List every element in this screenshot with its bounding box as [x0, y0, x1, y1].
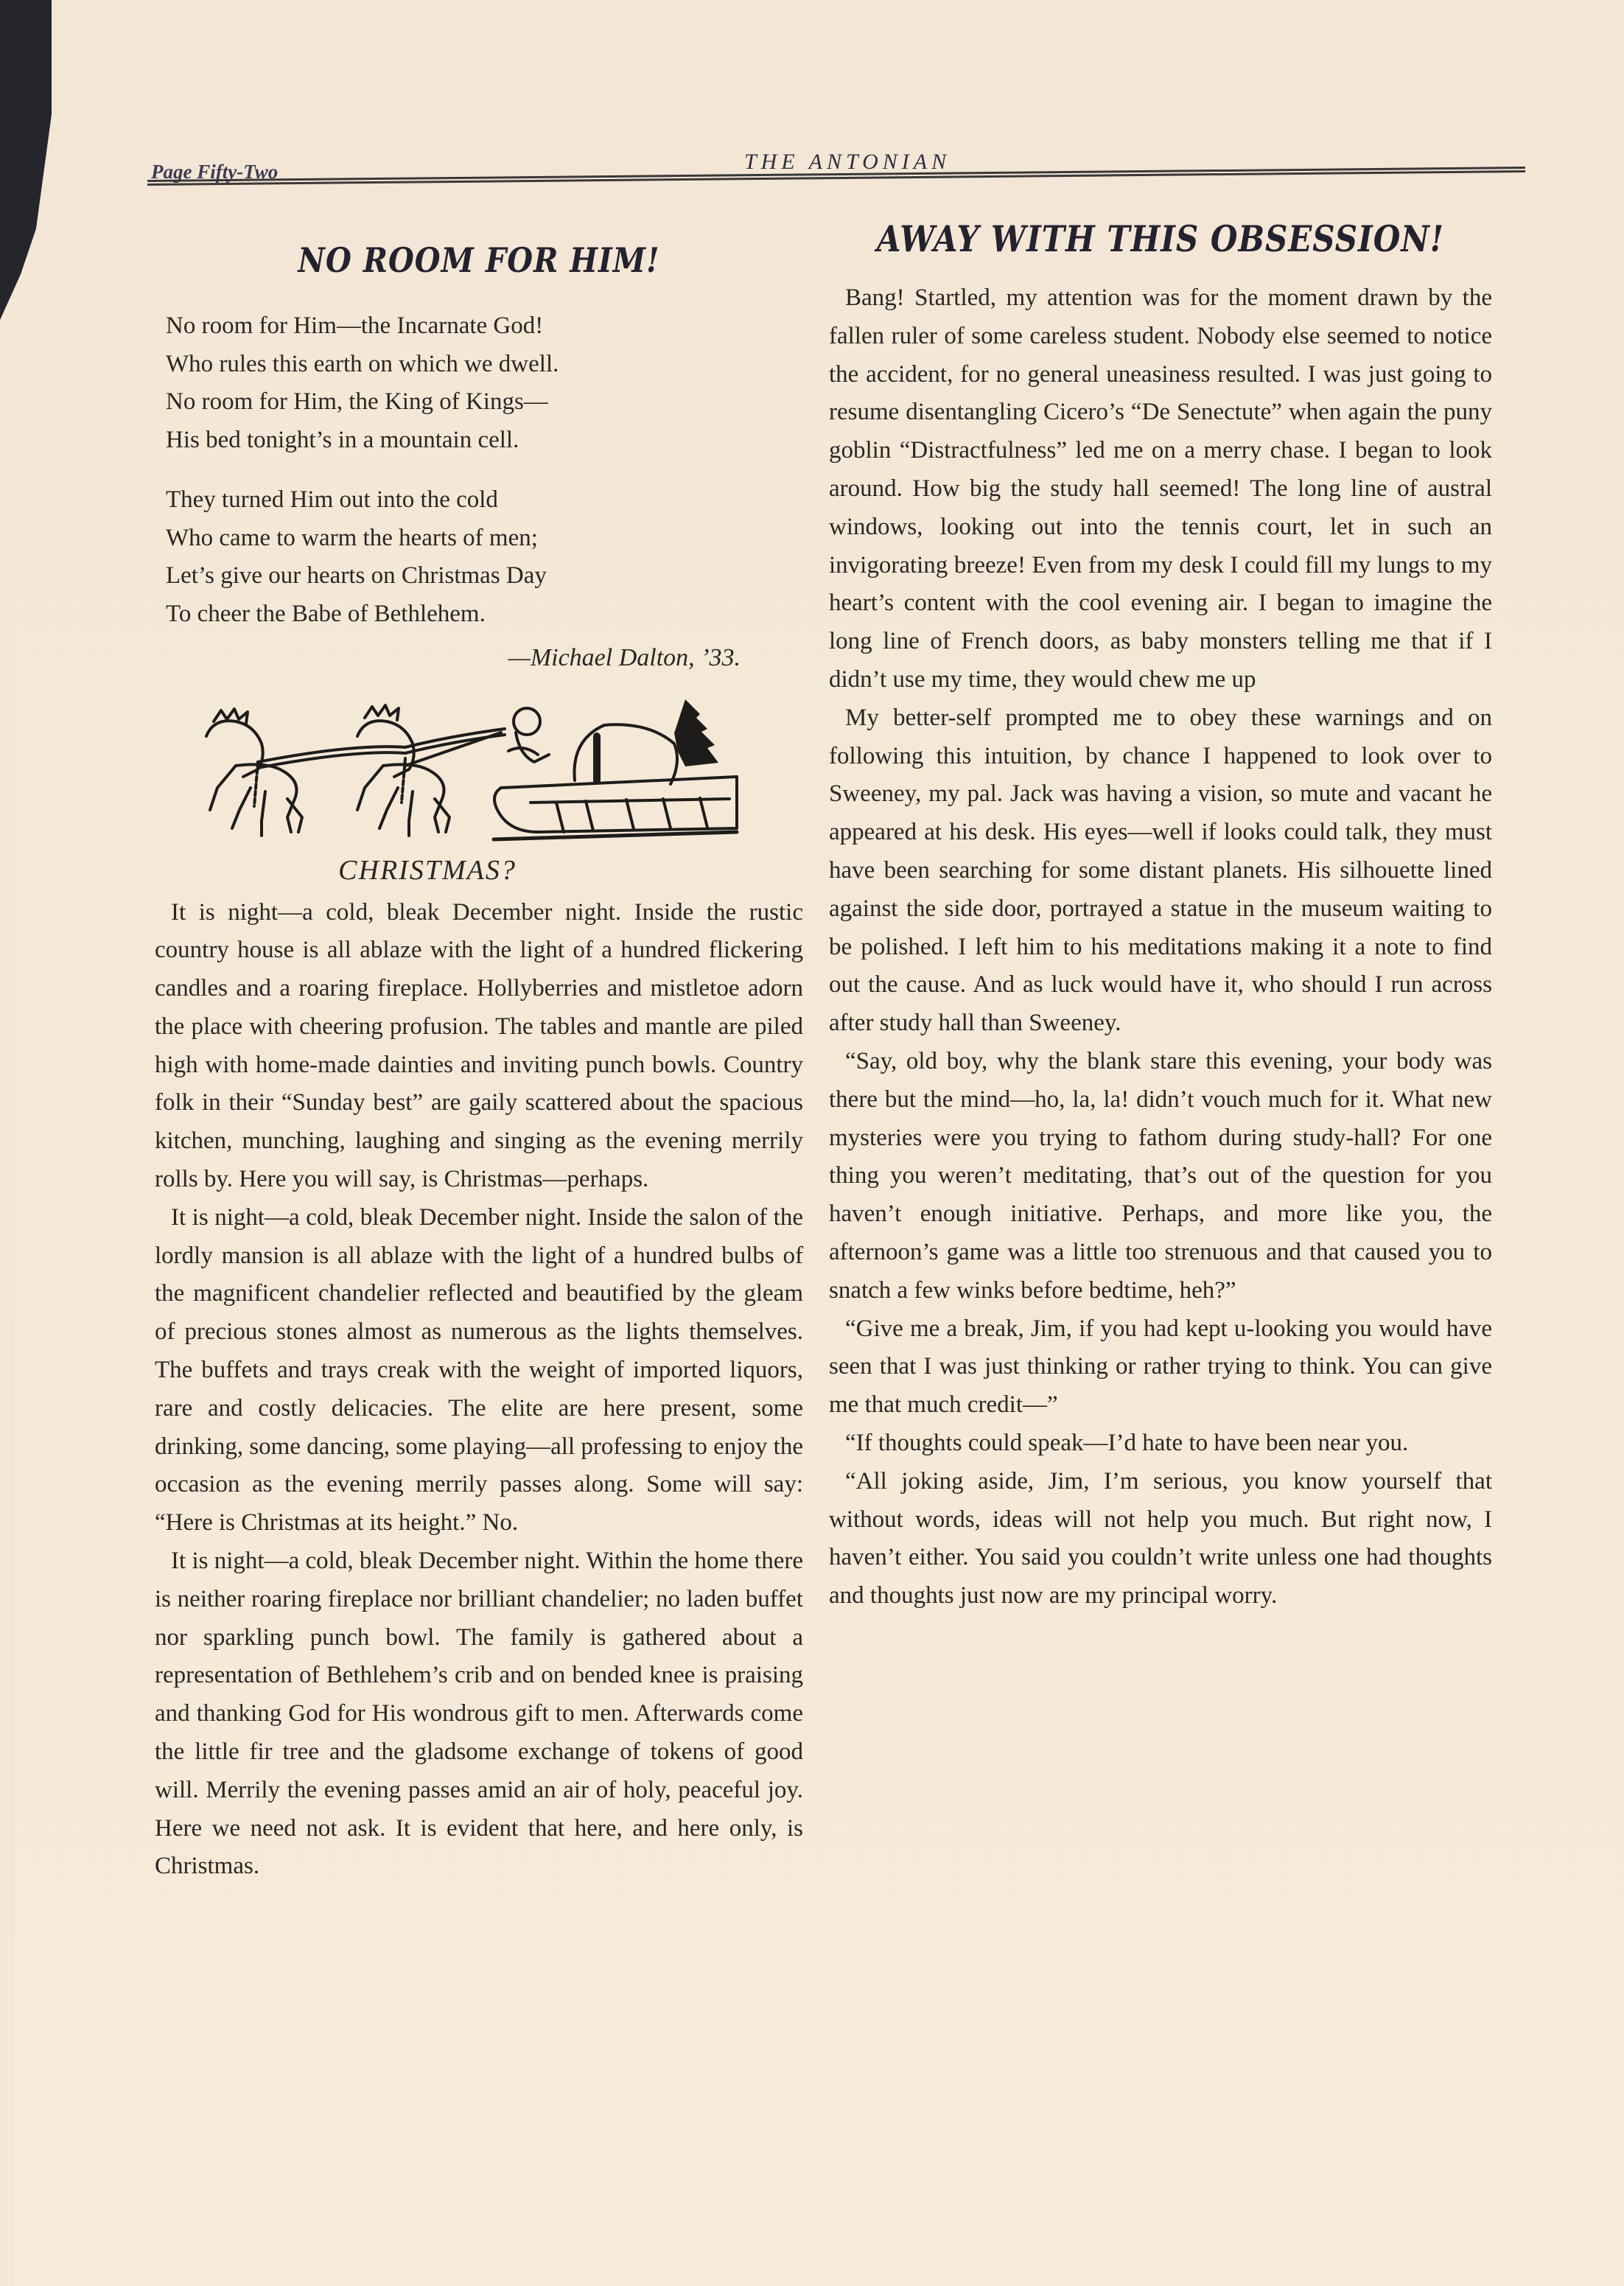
essay-body: It is night—a cold, bleak December night… — [155, 894, 803, 1887]
poem-line: To cheer the Babe of Bethlehem. — [166, 595, 803, 634]
essay-title: CHRISTMAS? — [155, 854, 803, 887]
poem-line: Let’s give our hearts on Christmas Day — [166, 557, 803, 595]
poem-body: No room for Him—the Incarnate God! Who r… — [155, 307, 803, 677]
poem-line: Who came to warm the hearts of men; — [166, 520, 803, 558]
publication-title: THE ANTONIAN — [744, 150, 951, 175]
essay-title: AWAY WITH THIS OBSESSION! — [829, 218, 1492, 259]
paragraph: “All joking aside, Jim, I’m serious, you… — [829, 1463, 1492, 1615]
paragraph: “Give me a break, Jim, if you had kept u… — [829, 1310, 1492, 1425]
poem-stanza: No room for Him—the Incarnate God! Who r… — [166, 307, 803, 459]
paragraph: It is night—a cold, bleak December night… — [155, 1542, 803, 1886]
essay-body: Bang! Startled, my attention was for the… — [829, 279, 1492, 1615]
paragraph: Bang! Startled, my attention was for the… — [829, 279, 1492, 699]
paragraph: It is night—a cold, bleak December night… — [155, 1199, 803, 1542]
paragraph: My better-self prompted me to obey these… — [829, 699, 1492, 1043]
santa-sleigh-illustration — [184, 692, 744, 854]
sleigh-icon — [184, 692, 744, 854]
poem-line: Who rules this earth on which we dwell. — [166, 346, 803, 384]
paragraph: “If thoughts could speak—I’d hate to hav… — [829, 1425, 1492, 1463]
poem-line: They turned Him out into the cold — [166, 481, 803, 520]
paragraph: “Say, old boy, why the blank stare this … — [829, 1043, 1492, 1310]
paragraph: It is night—a cold, bleak December night… — [155, 894, 803, 1199]
left-column: NO ROOM FOR HIM! No room for Him—the Inc… — [155, 243, 803, 1886]
right-column: AWAY WITH THIS OBSESSION! Bang! Startled… — [829, 221, 1492, 1615]
poem-attribution: —Michael Dalton, ’33. — [166, 639, 803, 677]
poem-stanza: They turned Him out into the cold Who ca… — [166, 481, 803, 633]
poem-line: No room for Him—the Incarnate God! — [166, 307, 803, 346]
poem-title: NO ROOM FOR HIM! — [155, 240, 803, 280]
poem-line: No room for Him, the King of Kings— — [166, 383, 803, 422]
poem-line: His bed tonight’s in a mountain cell. — [166, 422, 803, 460]
